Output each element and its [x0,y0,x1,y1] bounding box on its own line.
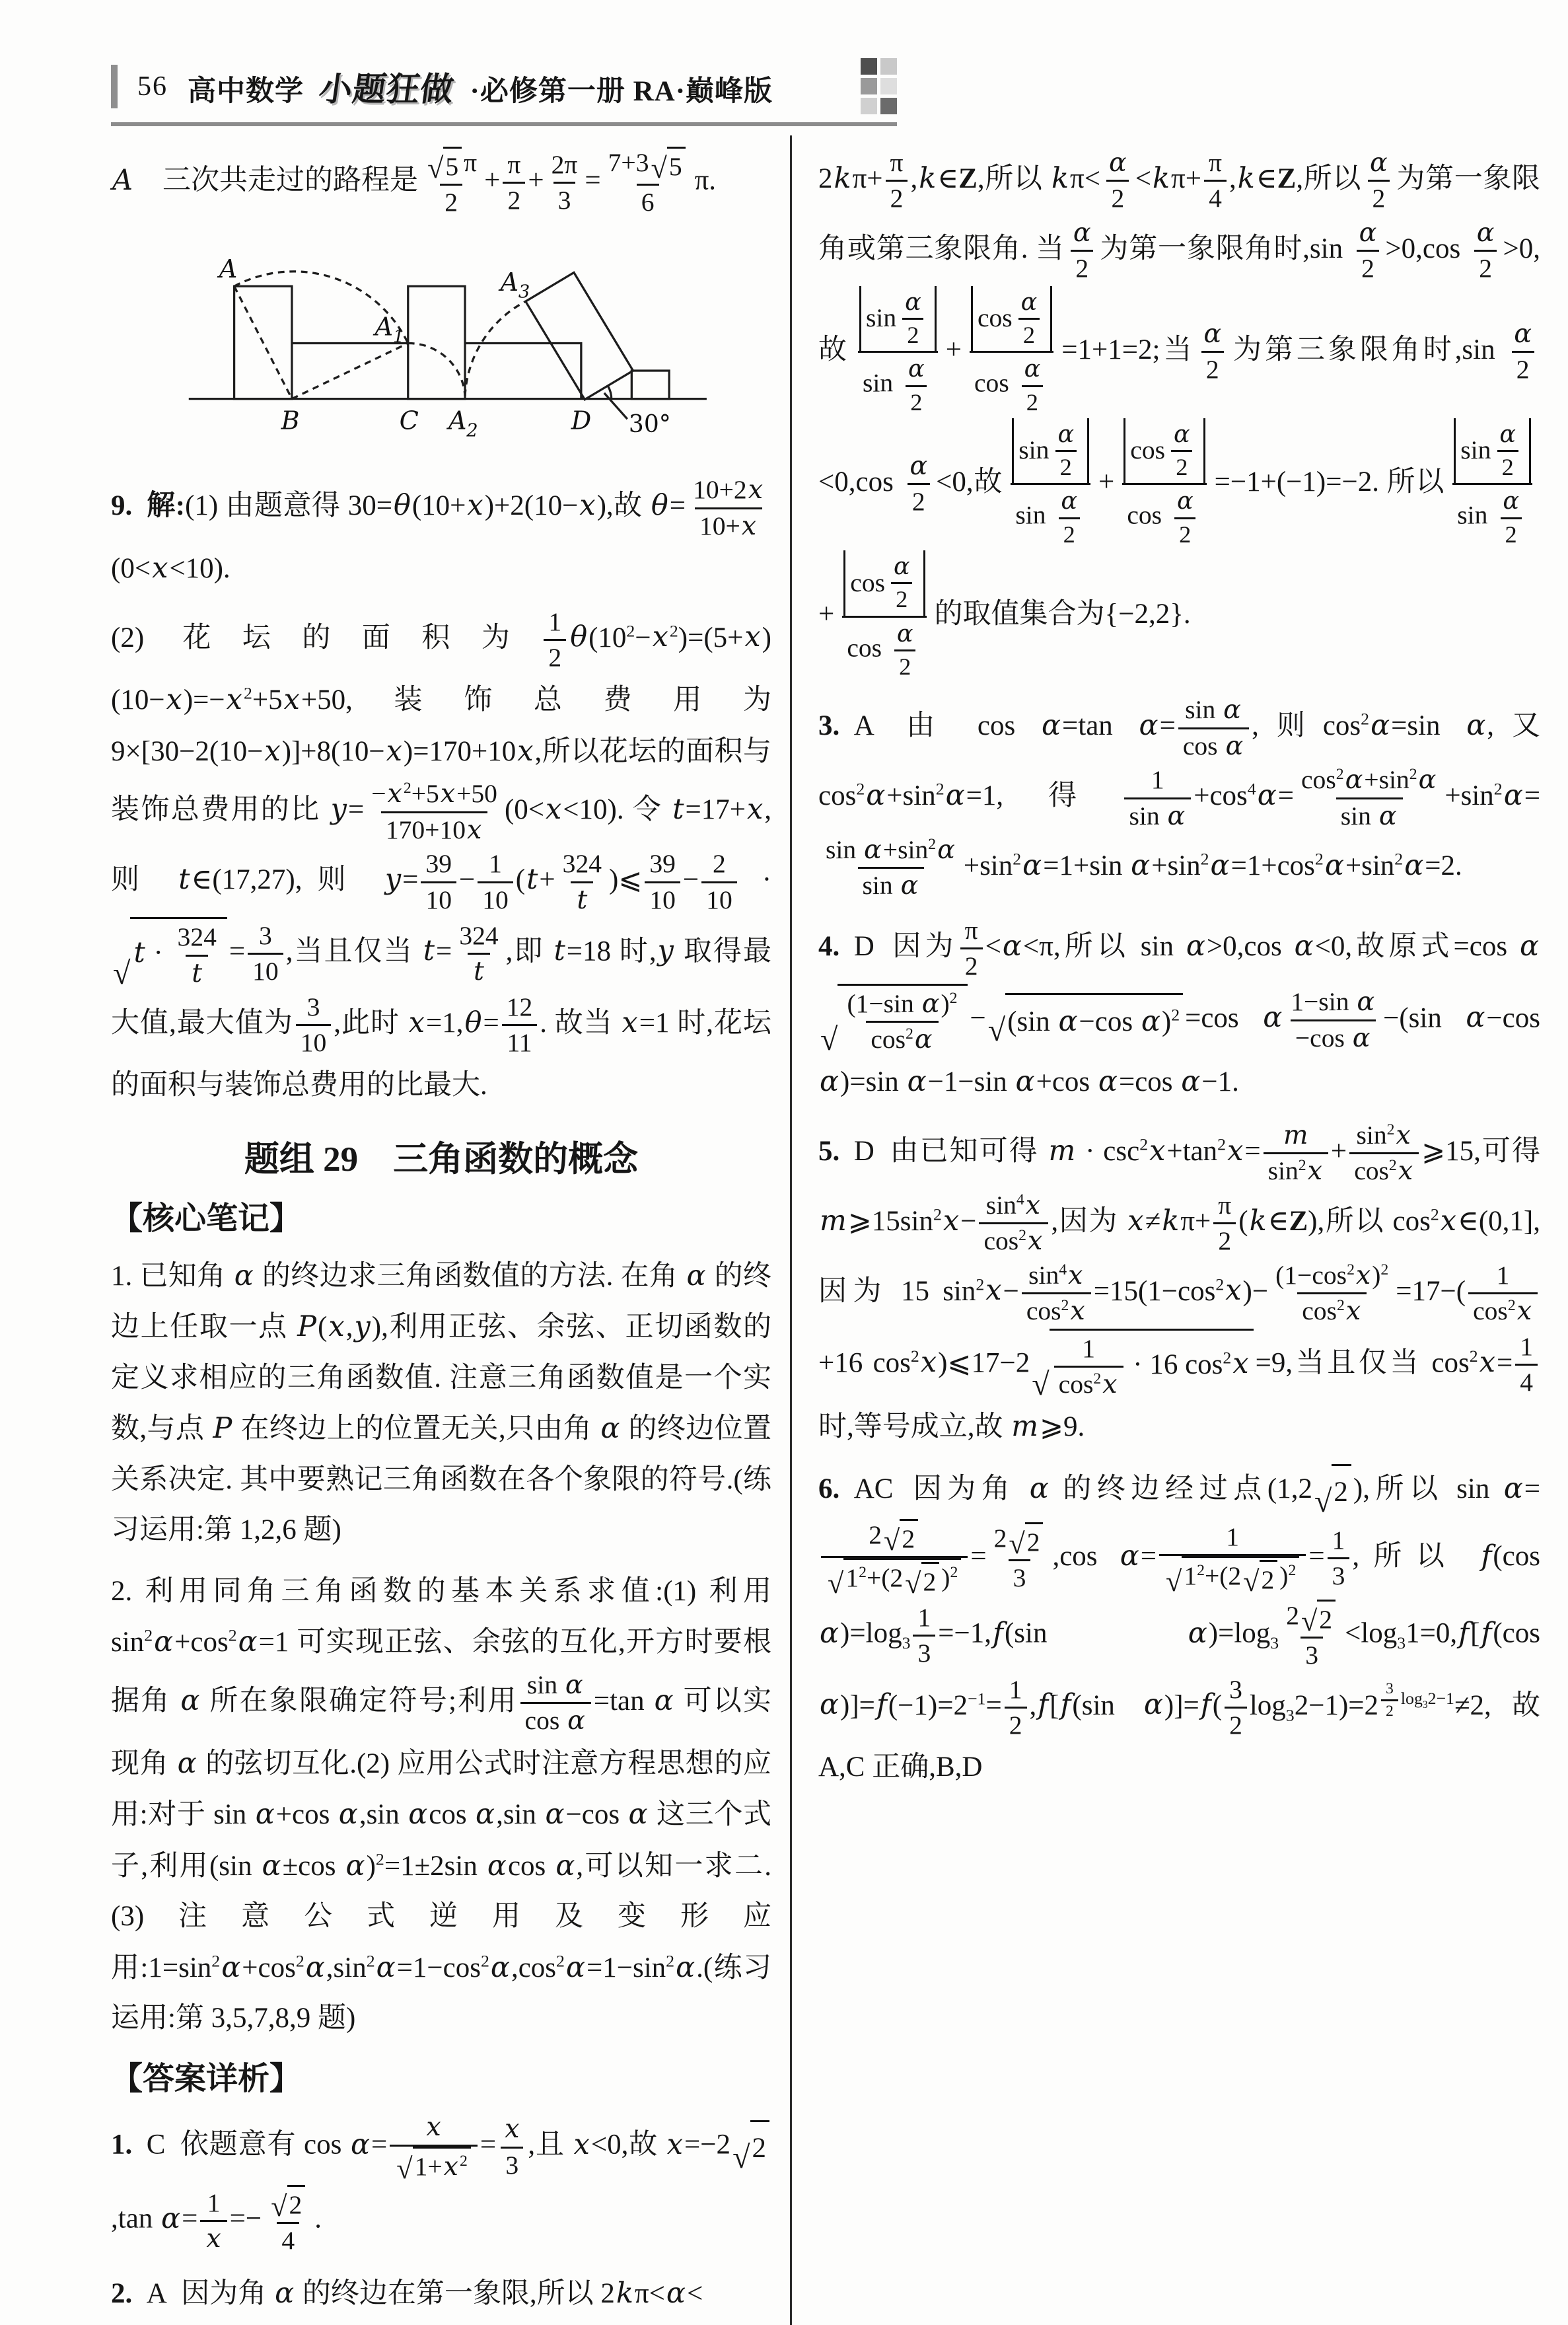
small-building [631,371,669,399]
label-C: C [400,406,419,435]
page-number: 56 [137,71,168,102]
label-A2: A [446,406,467,435]
label-A1: A [373,313,394,342]
answer-3: 3. A 由 cos α=tan α=sin αcos α,则cos2α=sin… [818,693,1540,903]
dashed-arc-A2-A3 [465,301,526,396]
checker-logo-icon [861,58,897,114]
workbook-page: { "header": { "page_number": "56", "titl… [0,0,1568,2325]
answer-6: 6. AC 因为角 α 的终边经过点(1,2√2),所以 sin α=2√2√1… [818,1463,1540,1793]
core-note-1: 1. 已知角 α 的终边求三角函数值的方法. 在角 α 的终边上任取一点 P(x… [111,1251,771,1556]
dashed-segment-B-A1 [292,343,408,398]
label-A3: A [499,268,519,297]
answer-9-part2: (2) 花坛的面积为12θ(102−x2)=(5+x)(10−x)=−x2+5x… [111,605,771,1111]
dashed-segment-A-B [234,286,292,398]
label-A2-sub: 2 [466,420,478,441]
answer-2-continuation: 2kπ+π2,k∈Z,所以 kπ<α2<kπ+π4,k∈Z,所以α2为第一象限角… [818,146,1540,683]
dashed-arc-A1-A2 [408,343,465,396]
answer-2-start: 2. A 因为角 α 的终边在第一象限,所以 2kπ<α< [111,2268,771,2320]
wall-2 [465,343,581,398]
left-column: A 三次共走过的路程是√5π2+π2+2π3=7+3√56π. A A 1 [111,135,771,2325]
label-B: B [281,406,300,435]
series-logo-text: 小题狂做 [316,63,458,110]
label-A: A [217,255,238,284]
answer-1: 1. C 依题意有 cos α=x√1+x2=x3,且 x<0,故 x=−2√2… [111,2110,771,2258]
label-D: D [571,406,592,435]
trajectory-figure: A A 1 A 2 A 3 B C D 30° [167,237,715,454]
label-angle-30: 30° [629,410,671,437]
header-accent-bar [111,65,118,108]
label-A3-sub: 3 [518,281,530,302]
core-notes-label: 【核心笔记】 [111,1199,771,1239]
book-title-suffix: ·必修第一册 RA·巅峰版 [470,76,773,107]
right-column: 2kπ+π2,k∈Z,所以 kπ<α2<kπ+π4,k∈Z,所以α2为第一象限角… [792,135,1540,2325]
tilted-board [526,272,633,399]
book-title-prefix: 高中数学 [188,76,304,107]
answer-5: 5. D 由已知可得 m · csc2x+tan2x=msin2x+sin2xc… [818,1119,1540,1453]
answer-4: 4. D 因为π2<α<π,所以 sin α>0,cos α<0,故原式=cos… [818,914,1540,1108]
group-29-heading: 题组 29 三角函数的概念 [111,1137,771,1183]
path-total-line: A 三次共走过的路程是√5π2+π2+2π3=7+3√56π. [111,146,771,220]
label-A1-sub: 1 [393,326,404,347]
answer-details-label: 【答案详析】 [111,2059,771,2100]
angle-pointer-line [604,392,627,418]
page-body: A 三次共走过的路程是√5π2+π2+2π3=7+3√56π. A A 1 [111,135,1540,2325]
page-header: 56 高中数学 小题狂做 ·必修第一册 RA·巅峰版 [111,58,897,126]
core-note-2: 2. 利用同角三角函数的基本关系求值:(1) 利用 sin2α+cos2α=1 … [111,1567,771,2044]
building-2 [408,286,465,398]
answer-9-part1: 9. 解:(1) 由题意得 30=θ(10+x)+2(10−x),故 θ=10+… [111,473,771,594]
book-title: 高中数学 小题狂做 ·必修第一册 RA·巅峰版 [188,63,773,110]
